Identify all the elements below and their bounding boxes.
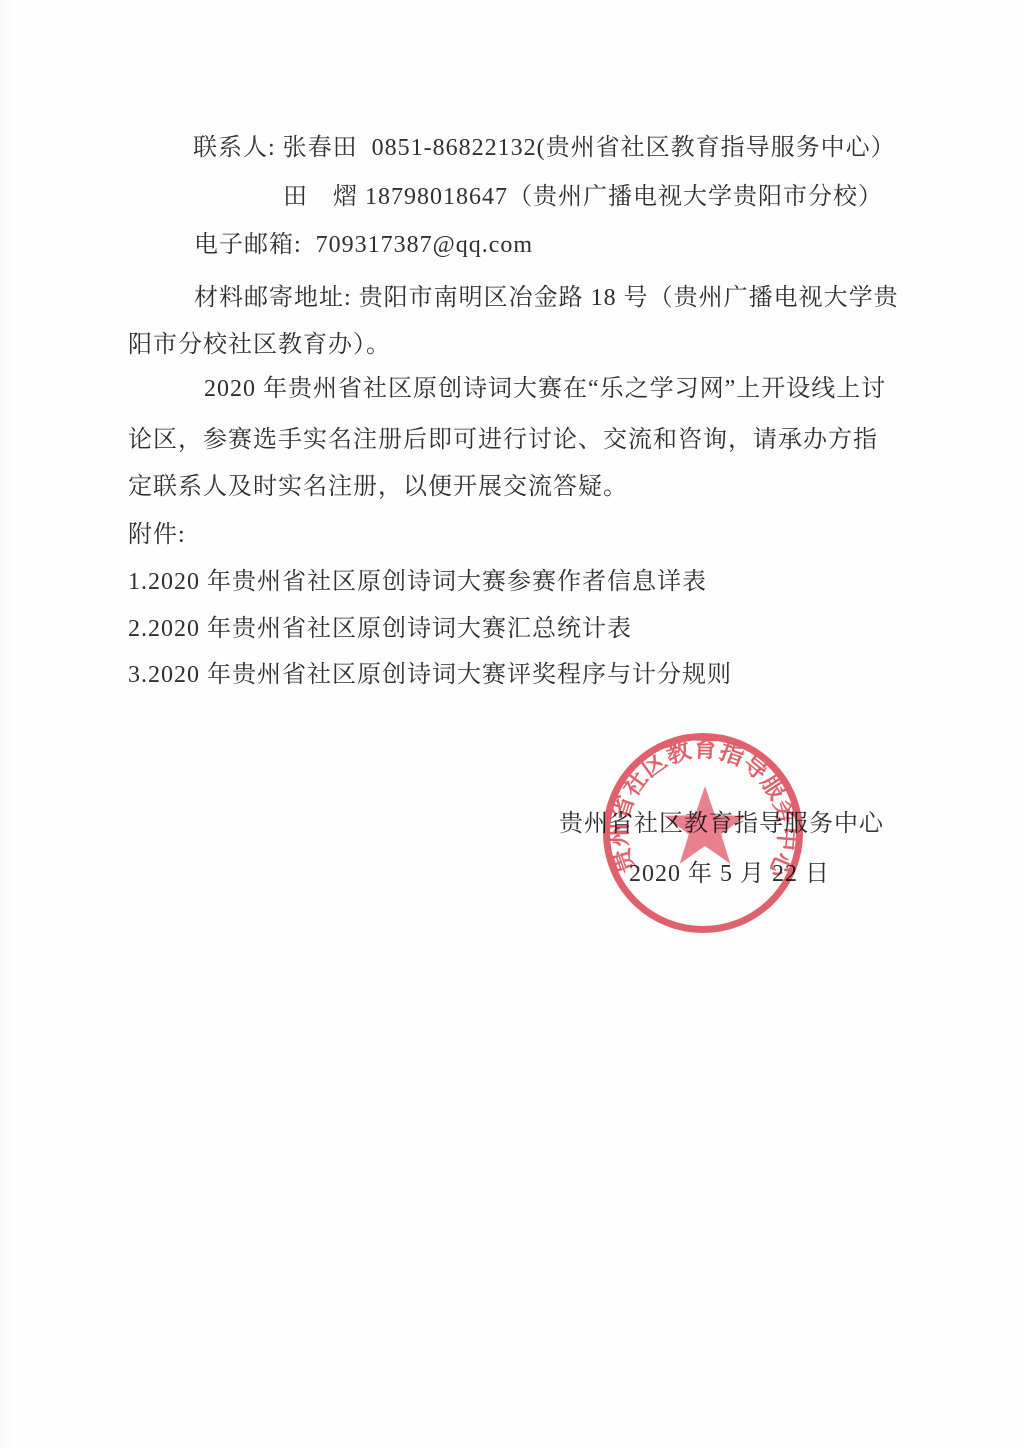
paragraph-line-1: 2020 年贵州省社区原创诗词大赛在“乐之学习网”上开设线上讨 [204,374,886,404]
official-seal: 贵州省社区教育指导服务中心 [597,727,809,939]
contact-person-line-2: 田 熠 18798018647（贵州广播电视大学贵阳市分校） [283,182,883,212]
attachment-item-2: 2.2020 年贵州省社区原创诗词大赛汇总统计表 [128,614,632,644]
paragraph-line-2: 论区，参赛选手实名注册后即可进行讨论、交流和咨询，请承办方指 [128,425,878,455]
contact-person-line: 联系人: 张春田 0851-86822132(贵州省社区教育指导服务中心） [193,133,896,163]
attachment-item-1: 1.2020 年贵州省社区原创诗词大赛参赛作者信息详表 [128,567,707,597]
mailing-address-line-1: 材料邮寄地址: 贵阳市南明区冶金路 18 号（贵州广播电视大学贵 [194,283,899,313]
document-page: 联系人: 张春田 0851-86822132(贵州省社区教育指导服务中心） 田 … [0,0,1024,1448]
scan-artifact [0,0,14,1448]
star-icon [664,786,746,864]
attachment-item-3: 3.2020 年贵州省社区原创诗词大赛评奖程序与计分规则 [128,660,732,690]
email-line: 电子邮箱: 709317387@qq.com [194,230,533,260]
paragraph-line-3: 定联系人及时实名注册，以便开展交流答疑。 [128,472,628,502]
mailing-address-line-2: 阳市分校社区教育办）。 [128,330,391,360]
attachments-label: 附件: [128,520,186,550]
